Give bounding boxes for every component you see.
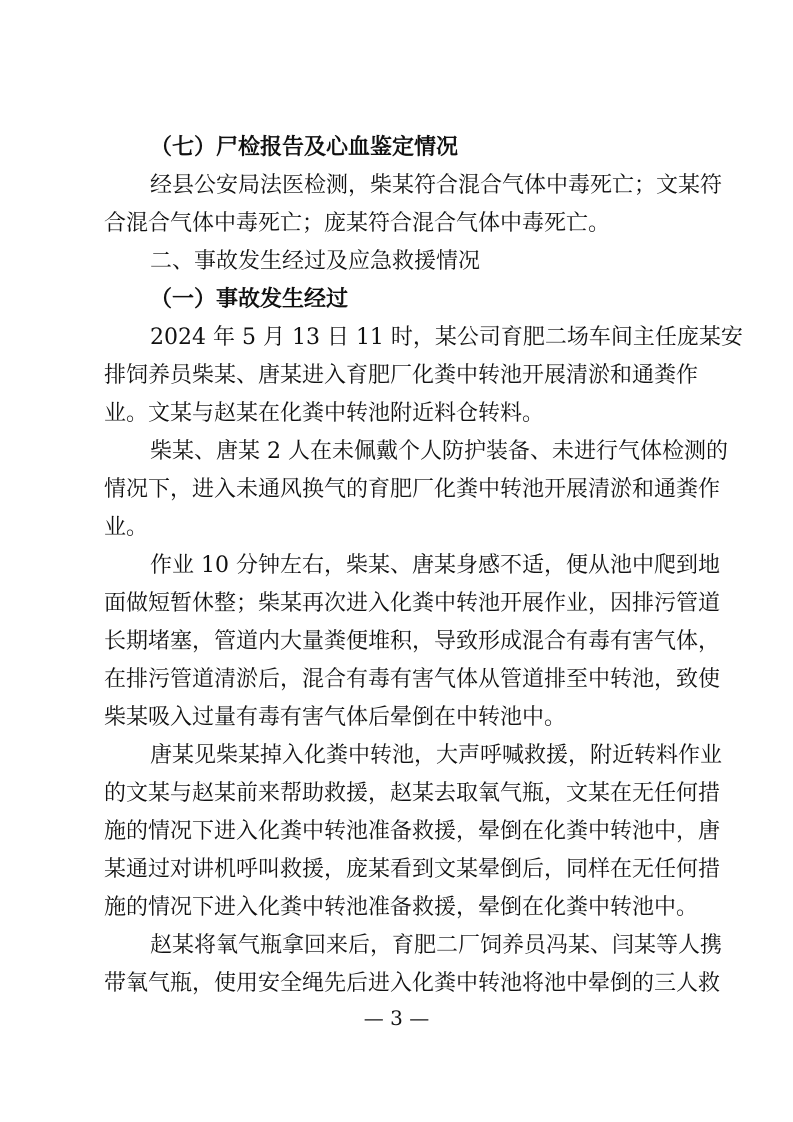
paragraph-line: 合混合气体中毒死亡；庞某符合混合气体中毒死亡。	[104, 207, 688, 241]
subheading-autopsy: （七）尸检报告及心血鉴定情况	[150, 131, 688, 165]
paragraph-line: 带氧气瓶，使用安全绳先后进入化粪中转池将池中晕倒的三人救	[104, 967, 688, 1001]
subheading-accident-process: （一）事故发生经过	[150, 283, 688, 317]
paragraph-line: 在排污管道清淤后，混合有毒有害气体从管道排至中转池，致使	[104, 663, 688, 697]
paragraph-line: 业。	[104, 511, 688, 545]
paragraph-line: 唐某见柴某掉入化粪中转池，大声呼喊救援，附近转料作业	[150, 739, 688, 773]
document-page: （七）尸检报告及心血鉴定情况 经县公安局法医检测，柴某符合混合气体中毒死亡；文某…	[0, 0, 793, 1122]
paragraph-line: 某通过对讲机呼叫救援，庞某看到文某晕倒后，同样在无任何措	[104, 853, 688, 887]
paragraph-line: 经县公安局法医检测，柴某符合混合气体中毒死亡；文某符	[150, 169, 688, 203]
paragraph-line: 柴某吸入过量有毒有害气体后晕倒在中转池中。	[104, 701, 688, 735]
paragraph-line: 情况下，进入未通风换气的育肥厂化粪中转池开展清淤和通粪作	[104, 473, 688, 507]
paragraph-line: 业。文某与赵某在化粪中转池附近料仓转料。	[104, 397, 688, 431]
paragraph-line: 施的情况下进入化粪中转池准备救援，晕倒在化粪中转池中。	[104, 891, 688, 925]
page-number: — 3 —	[0, 1003, 793, 1033]
section-heading-accident: 二、事故发生经过及应急救援情况	[150, 245, 688, 279]
paragraph-line: 柴某、唐某 2 人在未佩戴个人防护装备、未进行气体检测的	[150, 435, 688, 469]
paragraph-line: 赵某将氧气瓶拿回来后，育肥二厂饲养员冯某、闫某等人携	[150, 929, 688, 963]
paragraph-line: 2024 年 5 月 13 日 11 时，某公司育肥二场车间主任庞某安	[150, 321, 688, 355]
paragraph-line: 长期堵塞，管道内大量粪便堆积，导致形成混合有毒有害气体，	[104, 625, 688, 659]
paragraph-line: 施的情况下进入化粪中转池准备救援，晕倒在化粪中转池中，唐	[104, 815, 688, 849]
paragraph-line: 的文某与赵某前来帮助救援，赵某去取氧气瓶，文某在无任何措	[104, 777, 688, 811]
paragraph-line: 面做短暂休整；柴某再次进入化粪中转池开展作业，因排污管道	[104, 587, 688, 621]
paragraph-line: 排饲养员柴某、唐某进入育肥厂化粪中转池开展清淤和通粪作	[104, 359, 688, 393]
paragraph-line: 作业 10 分钟左右，柴某、唐某身感不适，便从池中爬到地	[150, 549, 688, 583]
